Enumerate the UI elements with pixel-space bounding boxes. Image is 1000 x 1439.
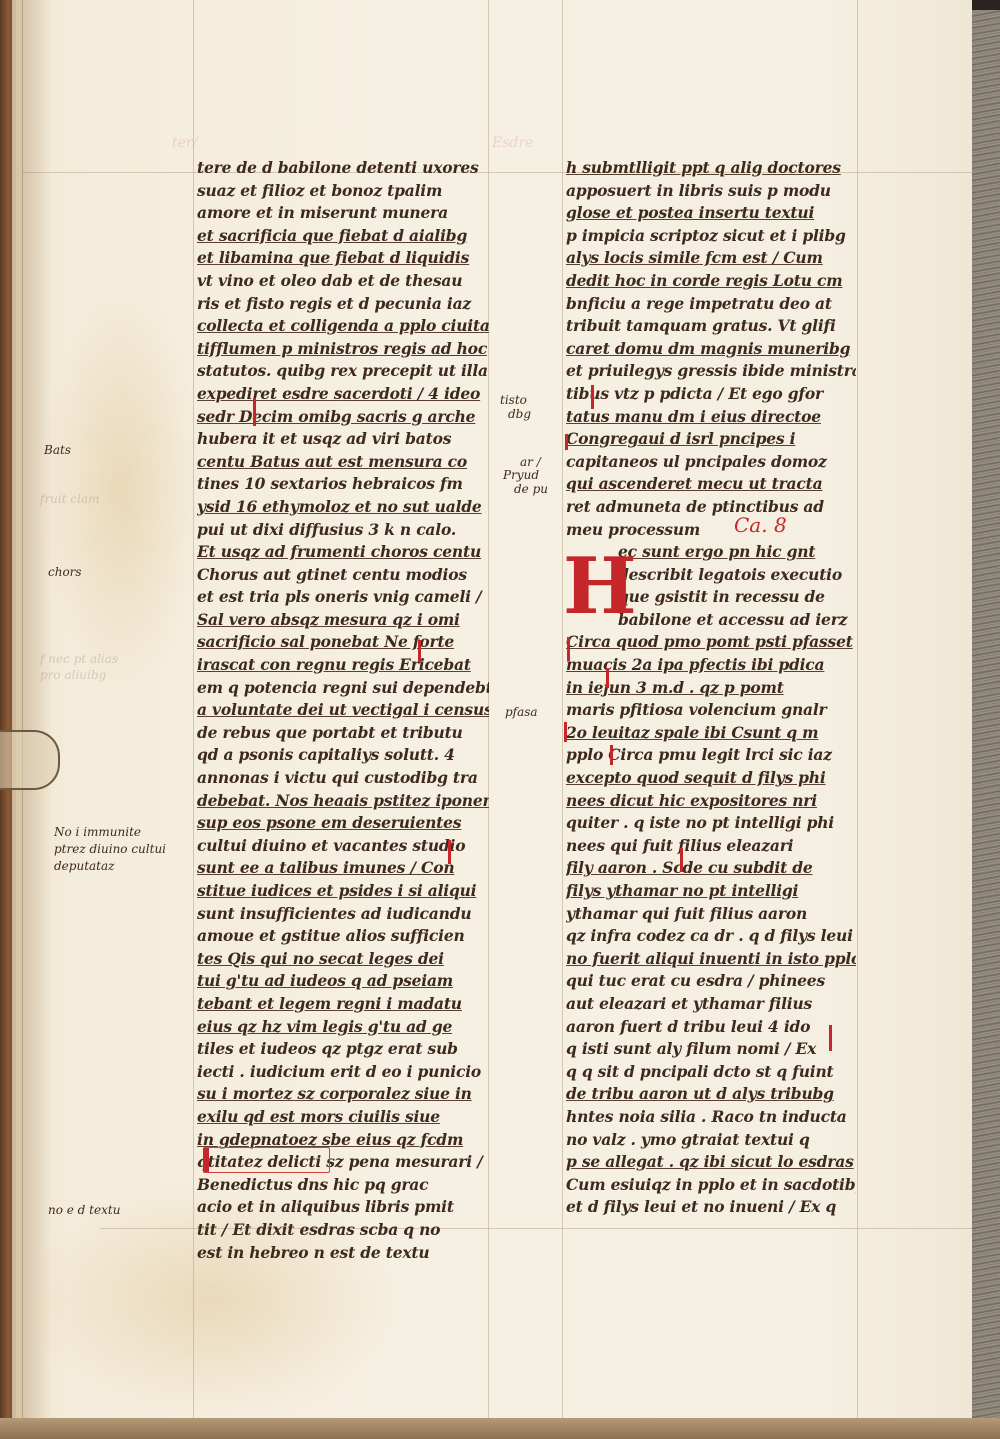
text-line: exilu qd est mors ciuilis siue — [197, 1106, 489, 1129]
rubric-stroke — [564, 722, 567, 742]
text-line: excepto quod sequit d filys phi — [566, 767, 856, 790]
text-line: tere de d babilone detenti uxores — [197, 157, 489, 180]
margin-note: no e d textu — [48, 1203, 120, 1217]
text-line: hubera it et usqz ad viri batos — [197, 428, 489, 451]
rubric-stroke — [448, 840, 451, 864]
text-line: et est tria pls oneris vnig cameli / — [197, 586, 489, 609]
text-line: et sacrificia que fiebat d aialibg — [197, 225, 489, 248]
offset-mark: Esdre — [492, 135, 533, 151]
margin-note: chors — [48, 565, 82, 579]
margin-note: dbg — [508, 407, 531, 421]
ruling-line — [562, 0, 563, 1418]
margin-note: deputataz — [54, 859, 114, 873]
text-line: filys ythamar no pt intelligi — [566, 880, 856, 903]
left-text-column: tere de d babilone detenti uxoressuaz et… — [197, 157, 489, 1264]
text-line: stitue iudices et psides i si aliqui — [197, 880, 489, 903]
text-line: q q sit d pncipali dcto st q fuint — [566, 1061, 856, 1084]
text-line: Sal vero absqz mesura qz i omi — [197, 609, 489, 632]
text-line: aut eleazari et ythamar filius — [566, 993, 856, 1016]
text-line: Et usqz ad frumenti choros centu — [197, 541, 489, 564]
text-line: qui ascenderet mecu ut tracta — [566, 473, 856, 496]
text-line: bnficiu a rege impetratu deo at — [566, 293, 856, 316]
text-line: centu Batus aut est mensura co — [197, 451, 489, 474]
margin-note: ar / — [520, 455, 541, 469]
text-line: a voluntate dei ut vectigal i census — [197, 699, 489, 722]
text-line: de rebus que portabt et tributu — [197, 722, 489, 745]
text-line: h submtlligit ppt q alig doctores — [566, 157, 856, 180]
text-line: sunt insufficientes ad iudicandu — [197, 903, 489, 926]
ruling-line — [193, 0, 194, 1418]
text-line: qui tuc erat cu esdra / phinees — [566, 970, 856, 993]
text-line: tiles et iudeos qz ptgz erat sub — [197, 1038, 489, 1061]
rubric-stroke — [610, 745, 613, 765]
chapter-heading: Ca. 8 — [734, 513, 787, 537]
text-line: est in hebreo n est de textu — [197, 1242, 489, 1265]
text-line: sup eos psone em deseruientes — [197, 812, 489, 835]
text-line: expediret esdre sacerdoti / 4 ideo — [197, 383, 489, 406]
margin-note: de pu — [514, 482, 548, 496]
text-line: sunt ee a talibus imunes / Con — [197, 857, 489, 880]
text-line: Chorus aut gtinet centu modios — [197, 564, 489, 587]
water-stain — [42, 280, 202, 700]
text-line: capitaneos ul pncipales domoz — [566, 451, 856, 474]
margin-note: pfasa — [505, 705, 538, 719]
offset-mark: ter/ — [172, 135, 197, 151]
rubric-stroke — [253, 398, 256, 426]
text-line: fily aaron . Scde cu subdit de — [566, 857, 856, 880]
book-bottom-board — [0, 1418, 1000, 1439]
text-line: no fuerit aliqui inuenti in isto pplo — [566, 948, 856, 971]
margin-note: pro aliuibg — [40, 668, 106, 682]
text-line: amore et in miserunt munera — [197, 202, 489, 225]
margin-note: Bats — [44, 443, 71, 457]
text-line: su i mortez sz corporalez siue in — [197, 1083, 489, 1106]
text-line: Circa quod pmo pomt psti pfasset — [566, 631, 856, 654]
text-line: Cum esiuiqz in pplo et in sacdotibg — [566, 1174, 856, 1197]
rubric-stroke — [829, 1025, 832, 1051]
text-line: muacis 2a ipa pfectis ibi pdica — [566, 654, 856, 677]
text-line: ythamar qui fuit filius aaron — [566, 903, 856, 926]
margin-note: fruit clam — [40, 492, 99, 506]
text-line: qz infra codez ca dr . q d filys leui — [566, 925, 856, 948]
margin-note: tisto — [500, 393, 527, 407]
rubric-stroke — [606, 668, 609, 688]
next-page-edge — [972, 0, 1000, 1439]
decorated-initial: H — [563, 548, 617, 626]
text-line: p impicia scriptoz sicut et i plibg — [566, 225, 856, 248]
text-line: ret admuneta de ptinctibus ad — [566, 496, 856, 519]
right-text-column: h submtlligit ppt q alig doctoresapposue… — [566, 157, 856, 1219]
clasp-tab — [0, 730, 60, 790]
text-line: nees qui fuit filius eleazari — [566, 835, 856, 858]
text-line: meu processum — [566, 519, 856, 542]
text-line: apposuert in libris suis p modu — [566, 180, 856, 203]
text-line: maris pfitiosa volencium gnalr — [566, 699, 856, 722]
text-line: cultui diuino et vacantes studio — [197, 835, 489, 858]
rubric-stroke — [591, 385, 594, 409]
text-line: statutos. quibg rex precepit ut illa — [197, 360, 489, 383]
text-line: suaz et filioz et bonoz tpalim — [197, 180, 489, 203]
text-line: tribuit tamquam gratus. Vt glifi — [566, 315, 856, 338]
text-line: nees dicut hic expositores nri — [566, 790, 856, 813]
text-line: amoue et gstitue alios sufficien — [197, 925, 489, 948]
text-line: ysid 16 ethymoloz et no sut ualde — [197, 496, 489, 519]
margin-note: f nec pt alias — [40, 652, 118, 666]
text-line: hntes noia silia . Raco tn inducta — [566, 1106, 856, 1129]
text-line: annonas i victu qui custodibg tra — [197, 767, 489, 790]
rubric-stroke — [567, 637, 570, 661]
text-line: et libamina que fiebat d liquidis — [197, 247, 489, 270]
text-line: Congregaui d isrl pncipes i — [566, 428, 856, 451]
text-line: in iejun 3 m.d . qz p pomt — [566, 677, 856, 700]
text-line: irascat con regnu regis Ericebat — [197, 654, 489, 677]
binding-strip — [16, 0, 23, 1418]
text-line: eius qz hz vim legis g'tu ad ge — [197, 1016, 489, 1039]
text-line: tines 10 sextarios hebraicos fm — [197, 473, 489, 496]
rubric-box — [203, 1147, 330, 1173]
text-line: acio et in aliquibus libris pmit — [197, 1196, 489, 1219]
margin-note: Pryud — [503, 468, 539, 482]
text-line: vt vino et oleo dab et de thesau — [197, 270, 489, 293]
text-line: tifflumen p ministros regis ad hoc — [197, 338, 489, 361]
text-line: pui ut dixi diffusius 3 k n calo. — [197, 519, 489, 542]
text-line: qd a psonis capitaliys solutt. 4 — [197, 744, 489, 767]
text-line: sedr Decim omibg sacris g arche — [197, 406, 489, 429]
rubric-stroke — [418, 640, 421, 662]
text-line: no valz . ymo gtraiat textui q — [566, 1129, 856, 1152]
text-line: sacrificio sal ponebat Ne forte — [197, 631, 489, 654]
text-line: quiter . q iste no pt intelligi phi — [566, 812, 856, 835]
text-line: 2o leuitaz spale ibi Csunt q m — [566, 722, 856, 745]
text-line: tes Qis qui no secat leges dei — [197, 948, 489, 971]
text-line: tebant et legem regni i madatu — [197, 993, 489, 1016]
text-line: caret domu dm magnis muneribg — [566, 338, 856, 361]
text-line: glose et postea insertu textui — [566, 202, 856, 225]
book-top-edge — [972, 0, 1000, 10]
text-line: collecta et colligenda a pplo ciuitate — [197, 315, 489, 338]
text-line: aaron fuert d tribu leui 4 ido — [566, 1016, 856, 1039]
text-line: de tribu aaron ut d alys tribubg — [566, 1083, 856, 1106]
ruling-line — [857, 0, 858, 1418]
text-line: dedit hoc in corde regis Lotu cm — [566, 270, 856, 293]
text-line: p se allegat . qz ibi sicut lo esdras — [566, 1151, 856, 1174]
text-line: ris et fisto regis et d pecunia iaz — [197, 293, 489, 316]
margin-note: ptrez diuino cultui — [54, 842, 166, 856]
text-line: em q potencia regni sui dependebt — [197, 677, 489, 700]
text-line: debebat. Nos heaais pstitez iponendi — [197, 790, 489, 813]
text-line: iecti . iudicium erit d eo i punicio — [197, 1061, 489, 1084]
text-line: tibus vtz p pdicta / Et ego gfor — [566, 383, 856, 406]
text-line: et priuilegys gressis ibide ministra — [566, 360, 856, 383]
text-line: alys locis simile fcm est / Cum — [566, 247, 856, 270]
text-line: tit / Et dixit esdras scba q no — [197, 1219, 489, 1242]
text-line: q isti sunt aly filum nomi / Ex — [566, 1038, 856, 1061]
margin-note: No i immunite — [54, 825, 141, 839]
text-line: Benedictus dns hic pq grac — [197, 1174, 489, 1197]
text-line: et d filys leui et no inueni / Ex q — [566, 1196, 856, 1219]
rubric-stroke — [680, 848, 683, 872]
text-line: tatus manu dm i eius directoe — [566, 406, 856, 429]
text-line: tui g'tu ad iudeos q ad pseiam — [197, 970, 489, 993]
rubric-stroke — [565, 434, 568, 450]
